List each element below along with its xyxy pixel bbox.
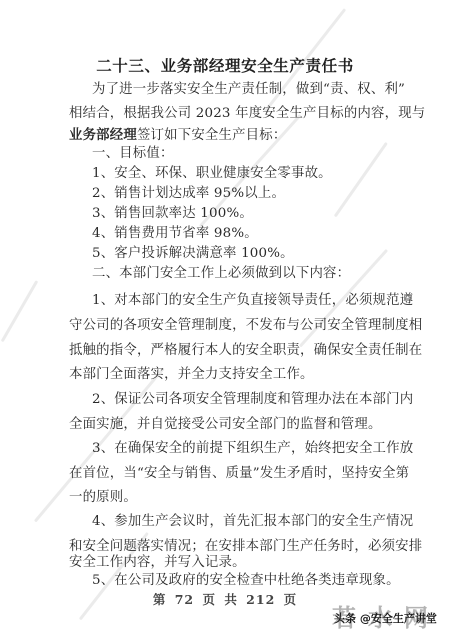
target-item: 3、销售回款率达 100%。 xyxy=(92,206,253,222)
paragraph-line: 全面实施，并自觉接受公司安全部门的监督和管理。 xyxy=(69,417,382,433)
recipient-role: 业务部经理 xyxy=(69,127,137,143)
intro-line: 相结合，根据我公司 2023 年度安全生产目标的内容，现与 xyxy=(69,106,425,122)
paragraph-line: 5、在公司及政府的安全检查中杜绝各类违章现象。 xyxy=(92,573,400,589)
target-item: 2、销售计划达成率 95%以上。 xyxy=(92,186,285,202)
paragraph-line: 本部门全面落实，并全力支持安全工作。 xyxy=(69,367,314,383)
paragraph-line: 3、在确保安全的前提下组织生产，始终把安全工作放 xyxy=(92,441,413,457)
paragraph-line: 2、保证公司各项安全管理制度和管理办法在本部门内 xyxy=(92,392,413,408)
paragraph-line: 和安全问题落实情况；在安排本部门生产任务时，必须安排 xyxy=(69,539,422,555)
target-item: 5、客户投诉解决满意率 100%。 xyxy=(92,246,294,262)
source-watermark-logo: 若水网 头条 @安全生产讲堂 xyxy=(332,598,444,632)
paragraph-line: 4、参加生产会议时，首先汇报本部门的安全生产情况 xyxy=(92,514,413,530)
paragraph-line: 安全工作内容，并写入记录。 xyxy=(69,555,246,571)
intro-line: 为了进一步落实安全生产责任制，做到“责、权、利” xyxy=(92,82,405,98)
paragraph-line: 抵触的指令，严格履行本人的安全职责，确保安全责任制在 xyxy=(69,343,422,359)
watermark-stroke xyxy=(334,142,388,217)
section-heading: 二、本部门安全工作上必须做到以下内容： xyxy=(92,266,350,282)
document-title: 二十三、业务部经理安全生产责任书 xyxy=(0,54,450,76)
paragraph-line: 在首位，当“安全与销售、质量”发生矛盾时，坚持安全第 xyxy=(69,466,409,482)
document-page: 二十三、业务部经理安全生产责任书 为了进一步落实安全生产责任制，做到“责、权、利… xyxy=(0,0,450,636)
section-heading: 一、目标值： xyxy=(92,146,174,162)
intro-text: 签订如下安全生产目标： xyxy=(137,128,287,143)
paragraph-line: 一的原则。 xyxy=(69,490,137,506)
author-handle: 头条 @安全生产讲堂 xyxy=(334,610,437,626)
watermark-stroke xyxy=(1,280,39,342)
target-item: 1、安全、环保、职业健康安全零事故。 xyxy=(92,166,332,182)
paragraph-line: 守公司的各项安全管理制度，不发布与公司安全管理制度相 xyxy=(69,318,422,334)
intro-line: 业务部经理签订如下安全生产目标： xyxy=(69,127,286,144)
target-item: 4、销售费用节省率 98%。 xyxy=(92,226,258,242)
paragraph-line: 1、对本部门的安全生产负直接领导责任，必须规范遵 xyxy=(92,293,413,309)
